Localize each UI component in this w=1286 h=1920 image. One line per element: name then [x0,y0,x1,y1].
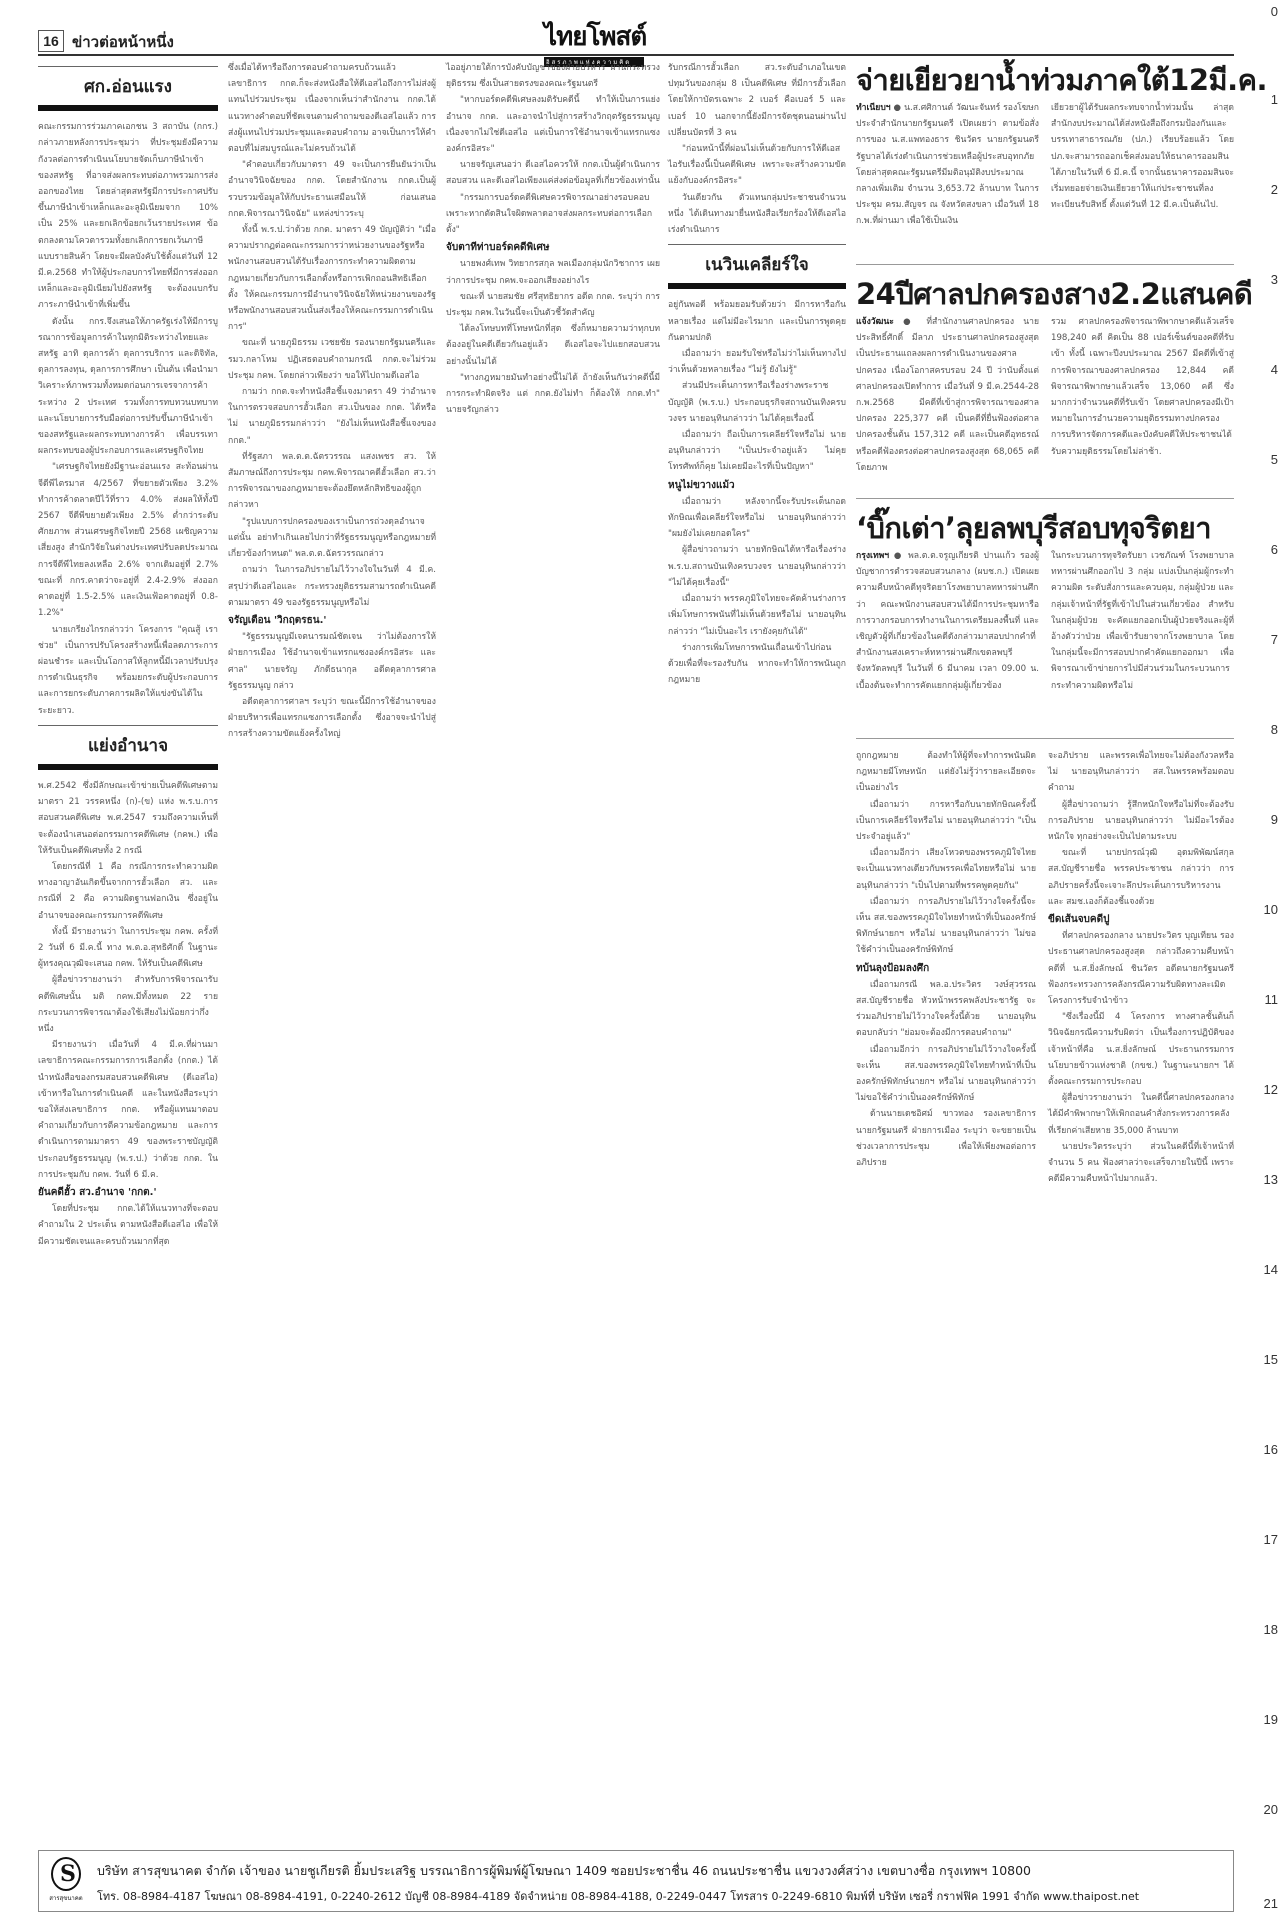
article-paragraph: ขณะที่ นายภูมิธรรม เวชยชัย รองนายกรัฐมนต… [228,335,436,384]
news-divider [856,264,1234,265]
sub-heading: ทบ้นลุงป้อมลงศึก [856,961,1036,977]
sub-heading: ยันคดีฮั้ว สว.อำนาจ 'กกต.' [38,1185,218,1201]
article-paragraph: ดังนั้น กกร.จึงเสนอให้ภาครัฐเร่งให้มีการ… [38,314,218,460]
sub-heading: หนูไม่ขวางแม้ว [668,478,846,494]
article-paragraph: นายประวิตรระบุว่า ส่วนในคดีนี้ที่เจ้าหน้… [1048,1139,1234,1188]
sub-heading: จับตาทีท่าบอร์ดคดีพิเศษ [446,240,660,256]
news-text: น.ส.ศศิกานต์ วัฒนะจันทร์ รองโฆษกประจำสำน… [856,103,1039,226]
news-body: แจ้งวัฒนะ ● ที่สำนักงานศาลปกครอง นายประส… [856,314,1234,476]
ruler-mark: 13 [1264,1172,1278,1187]
column-4: รับกรณีการฮั้วเลือก สว.ระดับอำเภอในเขตปท… [668,60,846,688]
ruler-mark: 16 [1264,1442,1278,1457]
news-headline: จ่ายเยียวยาน้ำท่วมภาคใต้12มี.ค. [856,60,1234,100]
article-paragraph: ผู้สื่อข่าวถามว่า รู้สึกหนักใจหรือไม่ที่… [1048,797,1234,846]
article-paragraph: ที่ศาลปกครองกลาง นายประวิตร บุญเทียน รอง… [1048,928,1234,1009]
publisher-logo-caption: สารสุขนาคต [49,1893,83,1903]
ruler-mark: 19 [1264,1712,1278,1727]
article-paragraph: ถามว่า ในการอภิปรายไม่ไว้วางใจในวันที่ 4… [228,562,436,611]
news-block-admin-court: 24ปีศาลปกครองสาง2.2แสนคดี แจ้งวัฒนะ ● ที… [856,274,1234,476]
header-rule [38,54,1234,56]
page-number: 16 [38,30,64,52]
column-5: ถูกกฎหมาย ต้องทำให้ผู้ที่จะทำการพนันผิดก… [856,748,1036,1171]
article-paragraph: เมื่อถามกรณี พล.อ.ประวิตร วงษ์สุวรรณ สส.… [856,977,1036,1042]
article-paragraph: เมื่อถามว่า การหารือกับนายทักษิณครั้งนี้… [856,797,1036,846]
sub-heading: จรัญเตือน 'วิกฤตรธน.' [228,613,436,629]
article-paragraph: ไออยู่ภายใต้การบังคับบัญชาของฝ่ายบริหาร … [446,60,660,92]
news-body: ทำเนียบฯ ● น.ส.ศศิกานต์ วัฒนะจันทร์ รองโ… [856,100,1234,230]
article-paragraph: "กรรมการบอร์ดคดีพิเศษควรพิจารณาอย่างรอบค… [446,190,660,239]
ruler-mark: 1 [1271,92,1278,107]
article-paragraph: อยู่กันพอดี พร้อมยอมรับด้วยว่า มีการหารื… [668,297,846,346]
ruler-mark: 10 [1264,902,1278,917]
article-paragraph: ถูกกฎหมาย ต้องทำให้ผู้ที่จะทำการพนันผิดก… [856,748,1036,797]
article-paragraph: พ.ศ.2542 ซึ่งมีลักษณะเข้าข่ายเป็นคดีพิเศ… [38,778,218,859]
bullet-icon: ● [894,103,902,113]
article-paragraph: จะอภิปราย และพรรคเพื่อไทยจะไม่ต้องกังวลห… [1048,748,1234,797]
imprint-line-2: โทร. 08-8984-4187 โฆษณา 08-8984-4191, 0-… [97,1887,1139,1905]
ruler-mark: 21 [1264,1896,1278,1911]
ruler-mark: 14 [1264,1262,1278,1277]
article-paragraph: ผู้สื่อข่าวรายงานว่า ในคดีนี้ศาลปกครองกล… [1048,1090,1234,1139]
ruler-mark: 11 [1265,992,1279,1007]
ruler-mark: 4 [1271,362,1278,377]
masthead-text: ไทยโพสต์ [544,22,646,52]
article-paragraph: ผู้สื่อข่าวรายงานว่า สำหรับการพิจารณารับ… [38,972,218,1037]
article-paragraph: เมื่อถามอีกว่า เสียงโหวตของพรรคภูมิใจไทย… [856,845,1036,894]
article-paragraph: อดีตตุลาการศาลฯ ระบุว่า ขณะนี้มีการใช้อำ… [228,694,436,743]
column-1: ศก.อ่อนแรง คณะกรรมการร่วมภาคเอกชน 3 สถาบ… [38,60,218,1250]
article-paragraph: นายเกรียงไกรกล่าวว่า โครงการ "คุณสู้ เรา… [38,622,218,719]
ruler-mark: 7 [1271,632,1278,647]
article-paragraph: ซึ่งเมื่อได้หารือถึงการตอบคำถามครบถ้วนแล… [228,60,436,157]
article-paragraph: ทั้งนี้ มีรายงานว่า ในการประชุม กคพ. ครั… [38,924,218,973]
article-paragraph: "คำตอบเกี่ยวกับมาตรา 49 จะเป็นการยืนยันว… [228,157,436,222]
article-paragraph: "เศรษฐกิจไทยยังมีฐานะอ่อนแรง สะท้อนผ่านจ… [38,459,218,621]
article-paragraph: เมื่อถามว่า พรรคภูมิใจไทยจะคัดค้านร่างกา… [668,591,846,640]
article-paragraph: โดยที่ประชุม กกต.ได้ให้แนวทางที่จะตอบคำถ… [38,1201,218,1250]
article-paragraph: เมื่อถามว่า ถือเป็นการเคลียร์ใจหรือไม่ น… [668,427,846,476]
article-paragraph: ร่างการเพิ่มโทษการพนันเถื่อนเข้าไปก่อน ด… [668,640,846,689]
article-paragraph: ผู้สื่อข่าวถามว่า นายทักษิณได้หารือเรื่อ… [668,542,846,591]
article-paragraph: เมื่อถามว่า ยอมรับใช่หรือไม่ว่าไม่เห็นทา… [668,346,846,378]
news-body-right: รวม ศาลปกครองพิจารณาพิพากษาคดีแล้วเสร็จ … [1051,314,1234,476]
bullet-icon: ● [903,317,917,327]
publisher-logo: สารสุขนาคต [49,1857,83,1907]
article-paragraph: ขณะที่ นายสมชัย ศรีสุทธิยากร อดีต กกต. ร… [446,289,660,321]
news-headline: ‘บิ๊กเต่า’ลุยลพบุรีสอบทุจริตยา [856,508,1234,548]
article-paragraph: เมื่อถามอีกว่า การอภิปรายไม่ไว้วางใจครั้… [856,1042,1036,1107]
article-paragraph: นายพงศ์เทพ วิทยากรสกุล พลเมืองกลุ่มนักวิ… [446,256,660,288]
article-paragraph: คณะกรรมการร่วมภาคเอกชน 3 สถาบัน (กกร.) ก… [38,119,218,313]
news-block-flood-relief: จ่ายเยียวยาน้ำท่วมภาคใต้12มี.ค. ทำเนียบฯ… [856,60,1234,230]
article-paragraph: "ก่อนหน้านี้ที่ผ่อนไม่เห็นด้วยกับการให้ด… [668,141,846,190]
bullet-icon: ● [894,551,904,561]
news-body-right: ในกระบวนการทุจริตรับยา เวชภัณฑ์ โรงพยาบา… [1051,548,1234,694]
article-paragraph: "รัฐธรรมนูญมีเจตนารมณ์ชัดเจน ว่าไม่ต้องก… [228,629,436,694]
ruler-mark: 18 [1264,1622,1278,1637]
news-text: ที่สำนักงานศาลปกครอง นายประสิทธิ์ศักดิ์ … [856,317,1039,473]
article-paragraph: "ซึ่งเรื่องนี้มี 4 โครงการ ทางศาลชั้นต้น… [1048,1009,1234,1090]
news-body-left: กรุงเทพฯ ● พล.ต.ต.จรูญเกียรติ ปานแก้ว รอ… [856,548,1039,694]
ruler-mark: 8 [1271,722,1278,737]
news-body-left: ทำเนียบฯ ● น.ส.ศศิกานต์ วัฒนะจันทร์ รองโ… [856,100,1039,230]
news-body: กรุงเทพฯ ● พล.ต.ต.จรูญเกียรติ ปานแก้ว รอ… [856,548,1234,694]
news-divider [856,498,1234,499]
dateline: แจ้งวัฒนะ [856,317,894,327]
news-body-left: แจ้งวัฒนะ ● ที่สำนักงานศาลปกครอง นายประส… [856,314,1039,476]
ruler-mark: 0 [1271,4,1278,19]
article-paragraph: "หากบอร์ดคดีพิเศษลงมติรับคดีนี้ ทำให้เป็… [446,92,660,157]
publisher-imprint: สารสุขนาคต บริษัท สารสุขนาคต จำกัด เจ้าข… [38,1850,1234,1912]
page-header: 16 ข่าวต่อหน้าหนึ่ง ไทยโพสต์ อิสรภาพแห่ง… [38,22,1234,58]
news-block-drug-fraud: ‘บิ๊กเต่า’ลุยลพบุรีสอบทุจริตยา กรุงเทพฯ … [856,508,1234,694]
dateline: กรุงเทพฯ [856,551,889,561]
article-paragraph: รับกรณีการฮั้วเลือก สว.ระดับอำเภอในเขตปท… [668,60,846,141]
imprint-line-1: บริษัท สารสุขนาคต จำกัด เจ้าของ นายชูเกี… [97,1861,1031,1881]
box-heading: เนวินเคลียร์ใจ [668,244,846,289]
dateline: ทำเนียบฯ [856,103,891,113]
article-paragraph: มีรายงานว่า เมื่อวันที่ 4 มี.ค.ที่ผ่านมา… [38,1037,218,1183]
ruler-mark: 12 [1264,1082,1278,1097]
article-paragraph: ด้านนายเดชอิศม์ ขาวทอง รองเลขาธิการนายกร… [856,1106,1036,1171]
column-3: ไออยู่ภายใต้การบังคับบัญชาของฝ่ายบริหาร … [446,60,660,418]
news-text: พล.ต.ต.จรูญเกียรติ ปานแก้ว รองผู้บัญชากา… [856,551,1039,691]
box-heading: แย่งอำนาจ [38,725,218,770]
article-paragraph: วันเดียวกัน ตัวแทนกลุ่มประชาชนจำนวนหนึ่ง… [668,190,846,239]
ruler-mark: 2 [1271,182,1278,197]
box-heading: ศก.อ่อนแรง [38,66,218,111]
masthead-logo: ไทยโพสต์ อิสรภาพแห่งความคิด [544,16,646,56]
ruler-mark: 17 [1264,1532,1278,1547]
article-paragraph: "รูปแบบการปกครองของเราเป็นการถ่วงดุลอำนา… [228,514,436,563]
article-paragraph: ส่วนมีประเด็นการหารือเรื่องร่างพระราชบัญ… [668,378,846,427]
section-title: ข่าวต่อหน้าหนึ่ง [72,30,174,54]
article-paragraph: ได้ลงโทษบทที่โทษหนักที่สุด ซึ่งก็หมายควา… [446,321,660,370]
article-paragraph: กามว่า กกต.จะทำหนังสือชี้แจงมาตรา 49 ว่า… [228,384,436,449]
column-2: ซึ่งเมื่อได้หารือถึงการตอบคำถามครบถ้วนแล… [228,60,436,743]
news-body-right: เยียวยาผู้ได้รับผลกระทบจากน้ำท่วมนั้น ล่… [1051,100,1234,230]
article-paragraph: เมื่อถามว่า หลังจากนี้จะรับประเด็นกอดทัก… [668,494,846,543]
article-paragraph: นายจรัญเสนอว่า ดีเอสไอควรให้ กกต.เป็นผู้… [446,157,660,189]
article-paragraph: "ทางกฎหมายมันทำอย่างนี้ไม่ได้ ถ้ายังเห็น… [446,370,660,419]
ruler-mark: 15 [1264,1352,1278,1367]
publisher-logo-icon [51,1857,81,1891]
news-headline: 24ปีศาลปกครองสาง2.2แสนคดี [856,274,1234,314]
line-ruler: 0 1 2 3 4 5 6 7 8 9 10 11 12 13 14 15 16… [1246,0,1286,1920]
news-divider [856,738,1234,739]
sub-heading: ขีดเส้นจบคดีปู [1048,912,1234,928]
ruler-mark: 5 [1271,452,1278,467]
article-paragraph: ที่รัฐสภา พล.ต.ต.ฉัตรวรรณ แสงเพชร สว. ให… [228,449,436,514]
article-paragraph: ขณะที่ นายปกรณ์วุฒิ อุดมพิพัฒน์สกุล สส.บ… [1048,845,1234,910]
article-paragraph: โดยกรณีที่ 1 คือ กรณีการกระทำความผิดทางอ… [38,859,218,924]
ruler-mark: 6 [1271,542,1278,557]
column-6: จะอภิปราย และพรรคเพื่อไทยจะไม่ต้องกังวลห… [1048,748,1234,1187]
article-paragraph: ทั้งนี้ พ.ร.ป.ว่าด้วย กกต. มาตรา 49 บัญญ… [228,222,436,335]
ruler-mark: 9 [1271,812,1278,827]
ruler-mark: 20 [1264,1802,1278,1817]
newspaper-page: 0 1 2 3 4 5 6 7 8 9 10 11 12 13 14 15 16… [0,0,1286,1920]
article-paragraph: เมื่อถามว่า การอภิปรายไม่ไว้วางใจครั้งนี… [856,894,1036,959]
ruler-mark: 3 [1271,272,1278,287]
